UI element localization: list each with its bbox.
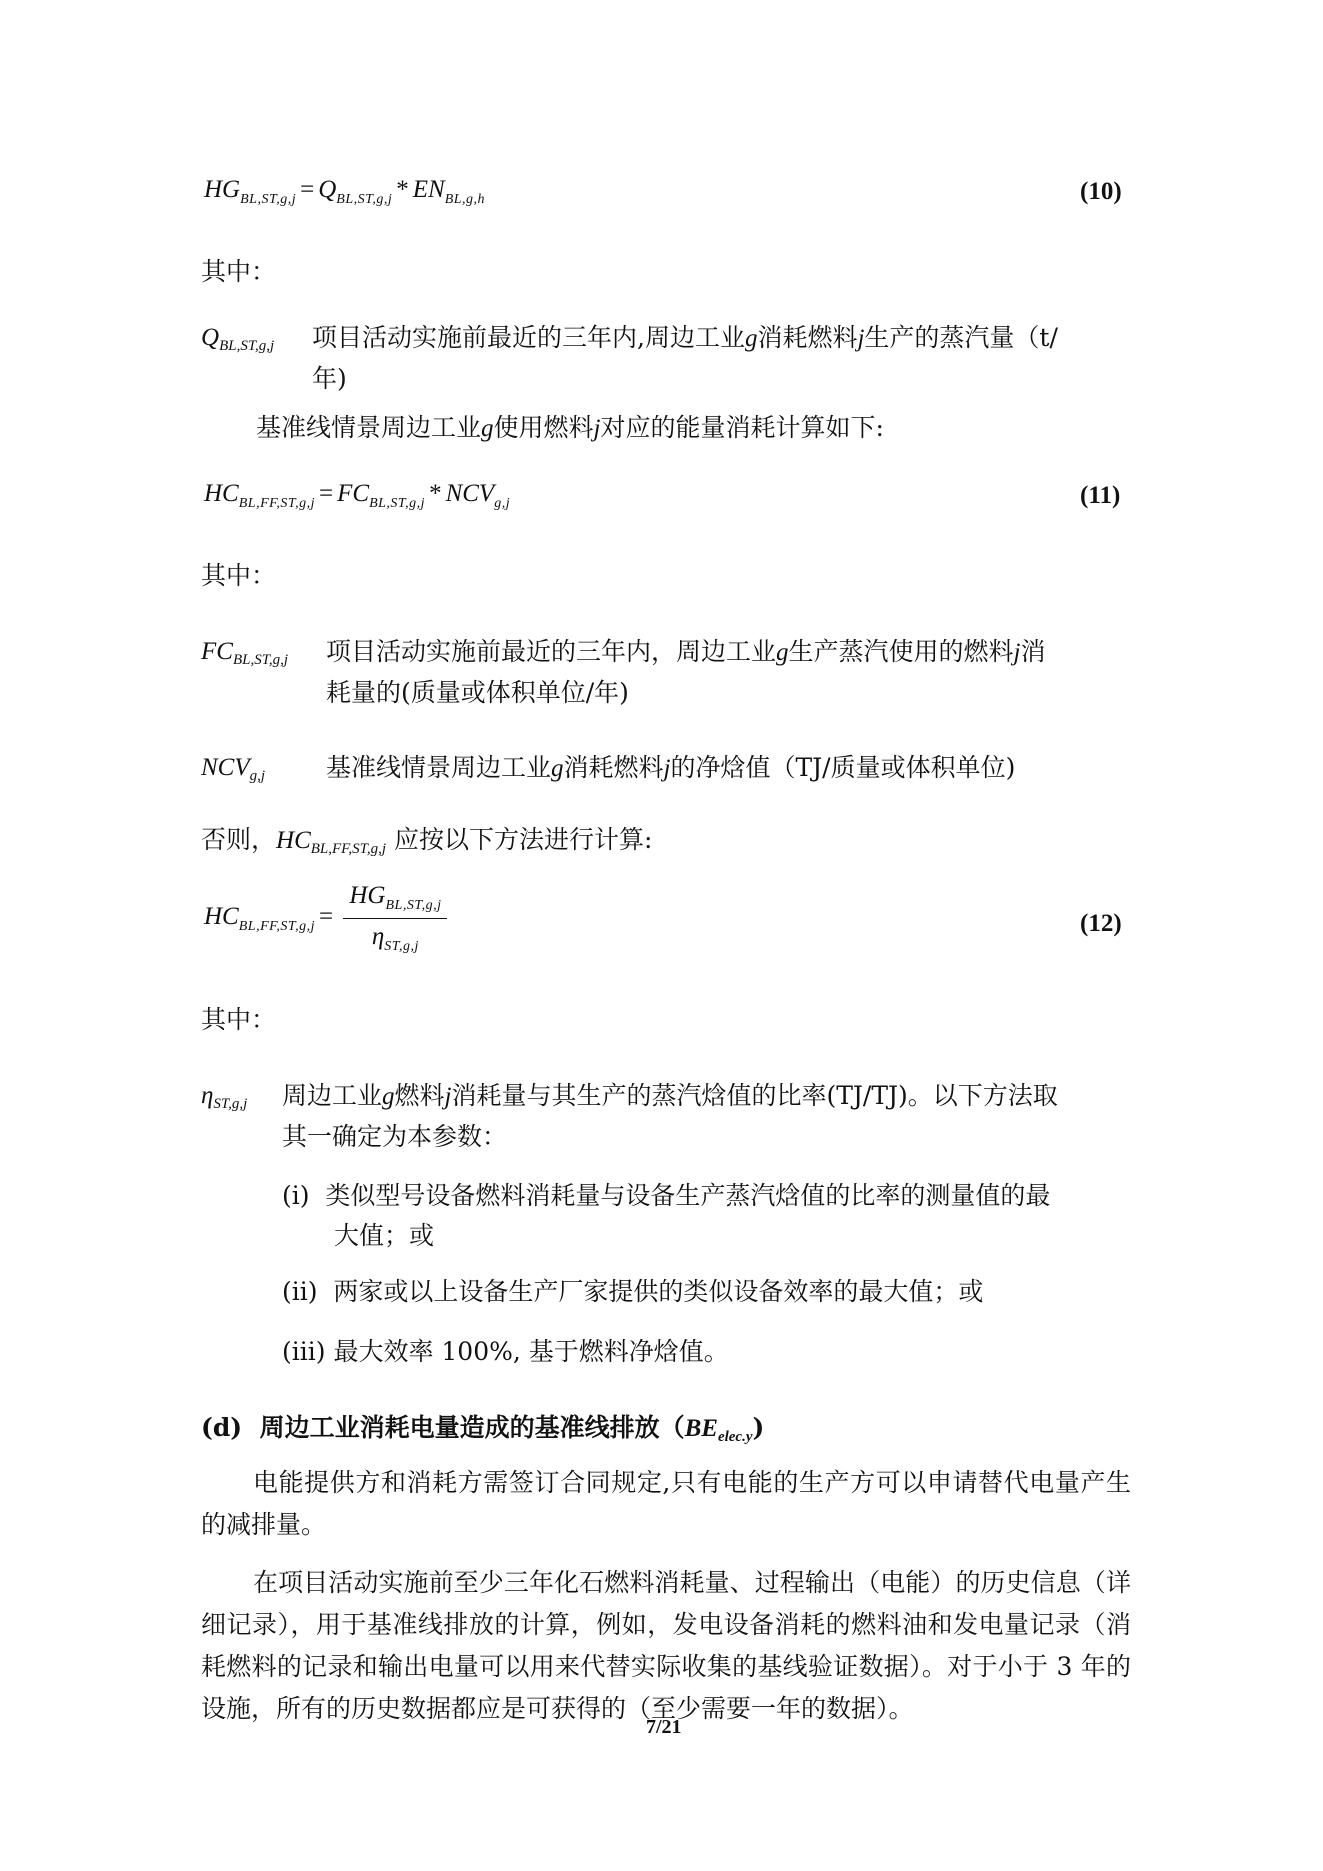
eq10-lhs: HG: [204, 176, 240, 203]
section-symbol: BE: [685, 1415, 718, 1442]
var-g: g: [481, 415, 494, 442]
section-label: (d): [201, 1413, 242, 1442]
def-ncv-text-a: 基准线情景周边工业: [326, 753, 551, 782]
intro-text-b: 使用燃料: [494, 413, 594, 442]
eq12-den-main: η: [372, 923, 384, 950]
eq11-lhs-sub: BL,FF,ST,g,j: [239, 496, 315, 511]
eq12-lhs: HC: [204, 903, 239, 930]
def-ncv-text: 基准线情景周边工业g消耗燃料j的净焓值（TJ/质量或体积单位): [326, 748, 1015, 789]
def-eta-text-c: 消耗量与其生产的蒸汽焓值的比率(TJ/TJ)。以下方法取: [451, 1081, 1057, 1110]
option-marker: (ii): [282, 1277, 318, 1306]
page-number: 7/21: [646, 1716, 682, 1739]
def-q-text-c: 生产的蒸汽量（t/: [864, 323, 1057, 352]
otherwise-text-a: 否则，: [201, 825, 276, 854]
eq12-num-main: HG: [349, 882, 385, 909]
var-g: g: [745, 325, 758, 352]
var-g: g: [382, 1083, 395, 1110]
var-g: g: [776, 639, 789, 666]
def-fc-symbol-sub: BL,ST,g,j: [233, 652, 288, 668]
eq12-numerator: HGBL,ST,g,j: [343, 882, 447, 919]
def-fc-text-b: 生产蒸汽使用的燃料: [789, 637, 1014, 666]
option-i-continued: 大值；或: [334, 1216, 434, 1256]
eq10-term2: EN: [413, 176, 445, 203]
where-label: 其中：: [201, 1000, 276, 1040]
eq12-equals: =: [319, 903, 333, 930]
def-ncv-text-c: 的净焓值（TJ/质量或体积单位): [670, 753, 1015, 782]
option-text: 最大效率 100%, 基于燃料净焓值。: [333, 1337, 728, 1366]
def-q-symbol-sub: BL,ST,g,j: [219, 338, 274, 354]
def-eta-symbol-sub: ST,g,j: [213, 1096, 247, 1112]
paragraph-contract: 电能提供方和消耗方需签订合同规定,只有电能的生产方可以申请替代电量产生的减排量。: [201, 1462, 1131, 1546]
equation-number-10: (10): [1080, 178, 1122, 206]
eq12-lhs-sub: BL,FF,ST,g,j: [239, 919, 315, 934]
eq10-equals: =: [300, 176, 314, 203]
intro-text-a: 基准线情景周边工业: [256, 413, 481, 442]
def-eta-symbol: ηST,g,j: [201, 1082, 247, 1113]
option-marker: (iii): [282, 1337, 326, 1366]
def-q-text-a: 项目活动实施前最近的三年内,周边工业: [312, 323, 745, 352]
equation-number-12: (12): [1080, 910, 1122, 938]
option-i: (i) 类似型号设备燃料消耗量与设备生产蒸汽焓值的比率的测量值的最: [282, 1176, 1050, 1216]
def-ncv-symbol-sub: g,j: [250, 768, 265, 784]
where-label: 其中：: [201, 252, 276, 292]
def-eta-text-b: 燃料: [395, 1081, 445, 1110]
def-ncv-symbol-main: NCV: [201, 754, 250, 781]
var-g: g: [551, 755, 564, 782]
eq11-term2: NCV: [446, 480, 495, 507]
def-fc-symbol-main: FC: [201, 638, 233, 665]
eq12-fraction: HGBL,ST,g,j ηST,g,j: [343, 882, 447, 955]
otherwise-text-b: 应按以下方法进行计算:: [394, 825, 652, 854]
def-fc-text: 项目活动实施前最近的三年内，周边工业g生产蒸汽使用的燃料j消 耗量的(质量或体积…: [326, 632, 1136, 713]
otherwise-line: 否则，HCBL,FF,ST,g,j 应按以下方法进行计算:: [201, 820, 652, 869]
eq10-term1-sub: BL,ST,g,j: [336, 192, 392, 207]
def-fc-symbol: FCBL,ST,g,j: [201, 638, 288, 669]
eq10-lhs-sub: BL,ST,g,j: [240, 192, 296, 207]
section-close-paren: ): [753, 1413, 765, 1442]
otherwise-symbol-sub: BL,FF,ST,g,j: [311, 841, 386, 857]
paragraph-historical-data: 在项目活动实施前至少三年化石燃料消耗量、过程输出（电能）的历史信息（详细记录），…: [201, 1562, 1131, 1730]
def-fc-text-d: 耗量的(质量或体积单位/年): [326, 678, 629, 707]
eq10-term1: Q: [318, 176, 336, 203]
option-text: 类似型号设备燃料消耗量与设备生产蒸汽焓值的比率的测量值的最: [325, 1181, 1050, 1210]
def-fc-text-c: 消: [1020, 637, 1045, 666]
document-page: HGBL,ST,g,j=QBL,ST,g,j*ENBL,g,h (10) 其中：…: [0, 0, 1323, 1871]
section-symbol-sub: elec.y: [718, 1429, 753, 1445]
option-text: 两家或以上设备生产厂家提供的类似设备效率的最大值；或: [333, 1277, 983, 1306]
def-q-symbol-main: Q: [201, 324, 219, 351]
section-title: 周边工业消耗电量造成的基准线排放（: [260, 1413, 685, 1442]
eq11-term1: FC: [337, 480, 369, 507]
eq10-multiply: *: [396, 176, 409, 203]
equation-10: HGBL,ST,g,j=QBL,ST,g,j*ENBL,g,h: [204, 176, 485, 208]
eq11-multiply: *: [429, 480, 442, 507]
eq12-den-sub: ST,g,j: [384, 939, 419, 954]
def-fc-text-a: 项目活动实施前最近的三年内，周边工业: [326, 637, 776, 666]
def-eta-symbol-main: η: [201, 1082, 213, 1109]
eq12-denominator: ηST,g,j: [343, 919, 447, 955]
equation-12: HCBL,FF,ST,g,j= HGBL,ST,g,j ηST,g,j: [204, 882, 447, 955]
def-eta-text: 周边工业g燃料j消耗量与其生产的蒸汽焓值的比率(TJ/TJ)。以下方法取 其一确…: [282, 1076, 1142, 1157]
section-d-heading: (d) 周边工业消耗电量造成的基准线排放（BEelec.y): [201, 1408, 764, 1457]
intro-text-c: 对应的能量消耗计算如下:: [600, 413, 883, 442]
equation-11: HCBL,FF,ST,g,j=FCBL,ST,g,j*NCVg,j: [204, 480, 510, 512]
eq12-num-sub: BL,ST,g,j: [385, 898, 441, 913]
eq11-equals: =: [319, 480, 333, 507]
eq11-term1-sub: BL,ST,g,j: [369, 496, 425, 511]
eq11-lhs: HC: [204, 480, 239, 507]
def-eta-text-d: 其一确定为本参数：: [282, 1122, 507, 1151]
eq11-term2-sub: g,j: [494, 496, 510, 511]
eq11-intro: 基准线情景周边工业g使用燃料j对应的能量消耗计算如下:: [256, 408, 884, 449]
def-q-text-d: 年): [312, 364, 347, 393]
def-q-text: 项目活动实施前最近的三年内,周边工业g消耗燃料j生产的蒸汽量（t/ 年): [312, 318, 1132, 399]
eq10-term2-sub: BL,g,h: [445, 192, 485, 207]
where-label: 其中：: [201, 556, 276, 596]
def-eta-text-a: 周边工业: [282, 1081, 382, 1110]
option-ii: (ii) 两家或以上设备生产厂家提供的类似设备效率的最大值；或: [282, 1272, 983, 1312]
option-marker: (i): [282, 1181, 310, 1210]
def-ncv-text-b: 消耗燃料: [564, 753, 664, 782]
equation-number-11: (11): [1080, 482, 1120, 510]
otherwise-symbol: HC: [276, 827, 311, 854]
option-iii: (iii) 最大效率 100%, 基于燃料净焓值。: [282, 1332, 729, 1372]
def-q-symbol: QBL,ST,g,j: [201, 324, 274, 355]
def-ncv-symbol: NCVg,j: [201, 754, 265, 785]
def-q-text-b: 消耗燃料: [757, 323, 857, 352]
